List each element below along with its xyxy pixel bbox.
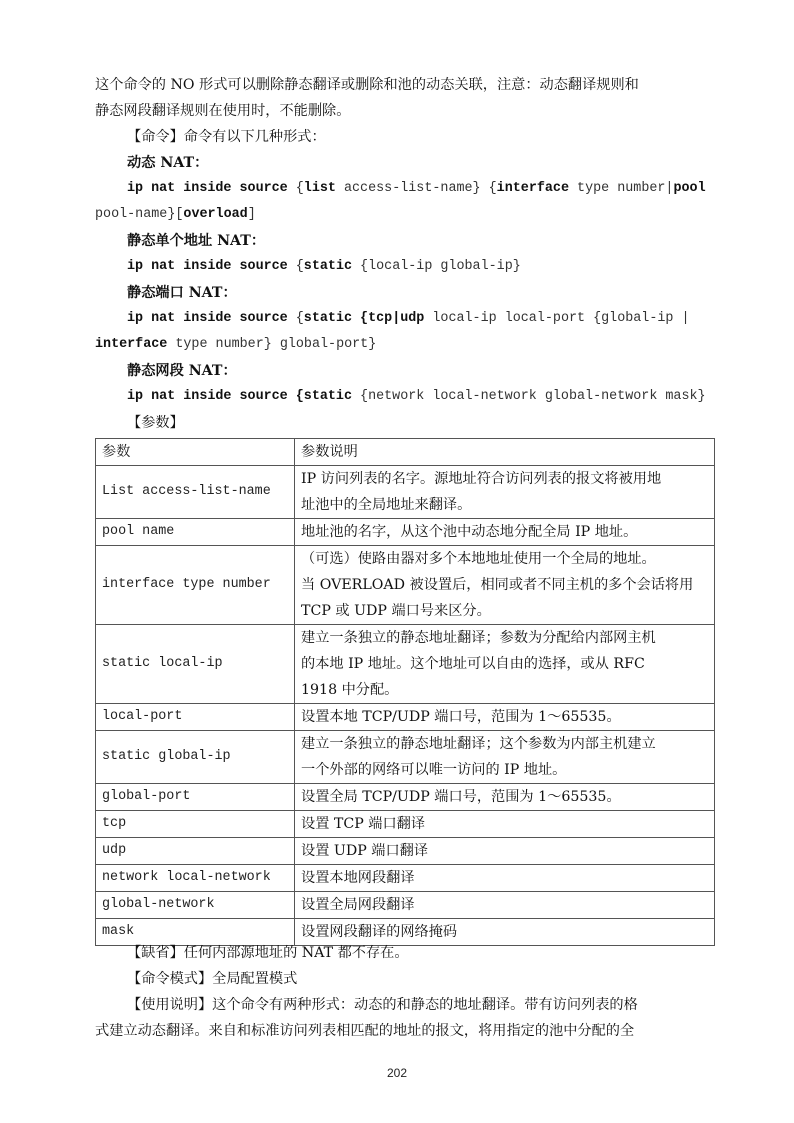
syntax-text: local-ip local-port {global-ip |: [424, 311, 689, 326]
syntax-text: {: [288, 259, 304, 274]
syntax-keyword: interface: [95, 337, 167, 352]
param-desc-line: TCP 或 UDP 端口号来区分。: [301, 598, 708, 624]
usage-line-1: 【使用说明】这个命令有两种形式：动态的和静态的地址翻译。带有访问列表的格: [127, 992, 638, 1018]
syntax-keyword: ip nat inside source {static: [127, 389, 352, 404]
param-desc-cell: 设置全局网段翻译: [295, 892, 715, 919]
syntax-text: pool-name}[: [95, 207, 183, 222]
syntax-keyword: static {tcp|udp: [304, 311, 425, 326]
table-row: udp设置 UDP 端口翻译: [96, 838, 715, 865]
param-desc-line: 建立一条独立的静态地址翻译；这个参数为内部主机建立: [301, 731, 708, 757]
param-name-cell: udp: [96, 838, 295, 865]
param-desc-cell: 建立一条独立的静态地址翻译；参数为分配给内部网主机的本地 IP 地址。这个地址可…: [295, 625, 715, 704]
syntax-text: {network local-network global-network ma…: [352, 389, 706, 404]
usage-line-2: 式建立动态翻译。来自和标准访问列表相匹配的地址的报文，将用指定的池中分配的全: [95, 1018, 634, 1044]
syntax-keyword: pool: [673, 181, 705, 196]
param-desc-cell: 设置本地 TCP/UDP 端口号，范围为 1～65535。: [295, 704, 715, 731]
param-desc-line: 当 OVERLOAD 被设置后，相同或者不同主机的多个会话将用: [301, 572, 708, 598]
header-desc: 参数说明: [295, 439, 715, 466]
param-desc-line: 一个外部的网络可以唯一访问的 IP 地址。: [301, 757, 708, 783]
table-row: network local-network设置本地网段翻译: [96, 865, 715, 892]
intro-line-1: 这个命令的 NO 形式可以删除静态翻译或删除和池的动态关联，注意：动态翻译规则和: [95, 72, 639, 98]
form-title-static-single-nat: 静态单个地址 NAT：: [127, 228, 265, 254]
param-desc-cell: 地址池的名字，从这个池中动态地分配全局 IP 地址。: [295, 519, 715, 546]
syntax-text: {: [288, 311, 304, 326]
syntax-keyword: ip nat inside source: [127, 259, 288, 274]
param-desc-cell: 设置全局 TCP/UDP 端口号，范围为 1～65535。: [295, 784, 715, 811]
syntax-text: access-list-name} {: [336, 181, 497, 196]
param-desc-line: 设置本地网段翻译: [301, 865, 708, 891]
table-row: local-port设置本地 TCP/UDP 端口号，范围为 1～65535。: [96, 704, 715, 731]
params-table: 参数 参数说明 List access-list-nameIP 访问列表的名字。…: [95, 438, 715, 946]
param-name-cell: static local-ip: [96, 625, 295, 704]
param-desc-cell: （可选）使路由器对多个本地地址使用一个全局的地址。当 OVERLOAD 被设置后…: [295, 546, 715, 625]
param-name-cell: global-port: [96, 784, 295, 811]
syntax-static-network-nat: ip nat inside source {static {network lo…: [127, 384, 706, 410]
table-header-row: 参数 参数说明: [96, 439, 715, 466]
param-name-cell: interface type number: [96, 546, 295, 625]
param-desc-line: 设置 UDP 端口翻译: [301, 838, 708, 864]
param-desc-line: 建立一条独立的静态地址翻译；参数为分配给内部网主机: [301, 625, 708, 651]
syntax-keyword: ip nat inside source: [127, 181, 288, 196]
table-row: pool name地址池的名字，从这个池中动态地分配全局 IP 地址。: [96, 519, 715, 546]
param-desc-line: 址池中的全局地址来翻译。: [301, 492, 708, 518]
syntax-static-port-nat-line-2: interface type number} global-port}: [95, 332, 376, 358]
table-row: static global-ip建立一条独立的静态地址翻译；这个参数为内部主机建…: [96, 731, 715, 784]
page-number: 202: [0, 1066, 794, 1080]
syntax-text: {local-ip global-ip}: [352, 259, 521, 274]
syntax-keyword: interface: [497, 181, 569, 196]
syntax-dynamic-nat-line-2: pool-name}[overload]: [95, 202, 256, 228]
table-row: global-port设置全局 TCP/UDP 端口号，范围为 1～65535。: [96, 784, 715, 811]
intro-line-2: 静态网段翻译规则在使用时，不能删除。: [95, 98, 350, 124]
param-desc-cell: 设置 UDP 端口翻译: [295, 838, 715, 865]
syntax-keyword: ip nat inside source: [127, 311, 288, 326]
param-name-cell: network local-network: [96, 865, 295, 892]
param-name-cell: pool name: [96, 519, 295, 546]
param-desc-line: 设置 TCP 端口翻译: [301, 811, 708, 837]
param-desc-line: 1918 中分配。: [301, 677, 708, 703]
params-heading: 【参数】: [127, 410, 184, 436]
syntax-dynamic-nat-line-1: ip nat inside source {list access-list-n…: [127, 176, 706, 202]
param-desc-line: （可选）使路由器对多个本地地址使用一个全局的地址。: [301, 546, 708, 572]
form-title-static-port-nat: 静态端口 NAT：: [127, 280, 237, 306]
param-name-cell: local-port: [96, 704, 295, 731]
table-row: static local-ip建立一条独立的静态地址翻译；参数为分配给内部网主机…: [96, 625, 715, 704]
syntax-text: type number} global-port}: [167, 337, 376, 352]
default-line: 【缺省】任何内部源地址的 NAT 都不存在。: [127, 940, 409, 966]
syntax-keyword: static: [304, 259, 352, 274]
syntax-static-single-nat: ip nat inside source {static {local-ip g…: [127, 254, 521, 280]
param-desc-line: 设置全局 TCP/UDP 端口号，范围为 1～65535。: [301, 784, 708, 810]
syntax-static-port-nat-line-1: ip nat inside source {static {tcp|udp lo…: [127, 306, 690, 332]
syntax-text: type number|: [569, 181, 673, 196]
table-row: List access-list-nameIP 访问列表的名字。源地址符合访问列…: [96, 466, 715, 519]
param-desc-line: 地址池的名字，从这个池中动态地分配全局 IP 地址。: [301, 519, 708, 545]
syntax-text: ]: [248, 207, 256, 222]
param-name-cell: tcp: [96, 811, 295, 838]
command-heading: 【命令】命令有以下几种形式：: [127, 124, 326, 150]
param-desc-cell: 设置本地网段翻译: [295, 865, 715, 892]
param-name-cell: List access-list-name: [96, 466, 295, 519]
syntax-keyword: overload: [183, 207, 247, 222]
table-row: interface type number（可选）使路由器对多个本地地址使用一个…: [96, 546, 715, 625]
param-desc-cell: 建立一条独立的静态地址翻译；这个参数为内部主机建立一个外部的网络可以唯一访问的 …: [295, 731, 715, 784]
header-param: 参数: [96, 439, 295, 466]
param-name-cell: static global-ip: [96, 731, 295, 784]
param-desc-line: 设置本地 TCP/UDP 端口号，范围为 1～65535。: [301, 704, 708, 730]
syntax-keyword: list: [304, 181, 336, 196]
form-title-static-network-nat: 静态网段 NAT：: [127, 358, 237, 384]
form-title-dynamic-nat: 动态 NAT：: [127, 150, 208, 176]
param-name-cell: global-network: [96, 892, 295, 919]
param-desc-line: 的本地 IP 地址。这个地址可以自由的选择，或从 RFC: [301, 651, 708, 677]
param-desc-line: IP 访问列表的名字。源地址符合访问列表的报文将被用地: [301, 466, 708, 492]
command-mode-line: 【命令模式】全局配置模式: [127, 966, 297, 992]
param-desc-cell: 设置 TCP 端口翻译: [295, 811, 715, 838]
param-desc-line: 设置全局网段翻译: [301, 892, 708, 918]
table-row: global-network设置全局网段翻译: [96, 892, 715, 919]
table-row: tcp设置 TCP 端口翻译: [96, 811, 715, 838]
syntax-text: {: [288, 181, 304, 196]
param-desc-cell: IP 访问列表的名字。源地址符合访问列表的报文将被用地址池中的全局地址来翻译。: [295, 466, 715, 519]
